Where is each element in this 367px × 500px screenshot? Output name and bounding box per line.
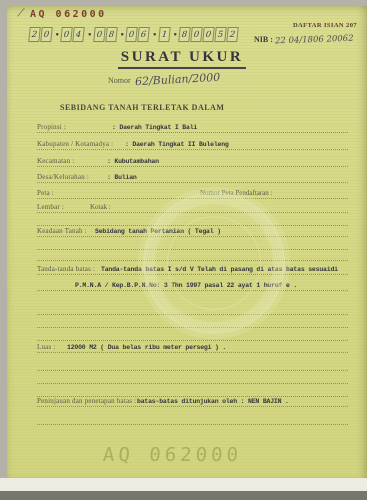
field-label: Lembar : [37,203,64,211]
field-label: Luas : [37,343,56,351]
typed-value: : Kubutambahan [107,158,159,165]
typed-value: : Daerah Tingkat II Buleleng [125,141,229,148]
serial-number: AQ 062000 [30,9,107,20]
nib-field: NIB :22 04/1806 20062 [254,29,353,47]
digit-box: 0 [40,27,53,42]
typed-value: Tanda-tanda batas I s/d V Telah di pasan… [101,266,338,273]
typed-value: 12000 M2 ( Dua belas ribu meter persegi … [67,344,226,351]
digit-box: 8 [105,27,118,42]
digit-box: 5 [215,27,228,42]
field-label: Kecamatan : [37,157,74,165]
form-row: Peninjauan dan penetapan batas :batas-ba… [37,392,348,407]
digit-box: 0 [93,27,106,42]
nomor-line: Nomor62/Bulian/2000 [7,70,321,88]
digit-separator-dot: • [152,31,156,39]
field-label: Tanda-tanda batas : [37,265,95,273]
handwritten-corner-mark: / [18,5,25,20]
digit-box: 2 [28,27,41,42]
nib-digit-boxes: 20•04•08•06•1•80052 [29,27,239,42]
digit-separator-dot: • [173,31,177,39]
daftar-isian-label: DAFTAR ISIAN 207 [293,22,357,29]
digit-box: 2 [227,27,240,42]
typed-value: Sebidang tanah Pertanian ( Tegal ) [95,228,221,235]
section-heading: SEBIDANG TANAH TERLETAK DALAM [60,103,224,112]
digit-box: 4 [73,27,86,42]
digit-separator-dot: • [55,31,59,39]
nib-label: NIB : [254,35,273,44]
dotted-line: P.M.N.A / Kep.B.P.N.No: 3 Thn 1997 pasal… [37,276,348,291]
form-row: Tanda-tanda batas :Tanda-tanda batas I s… [37,260,348,275]
digit-separator-dot: • [120,31,124,39]
nomor-handwritten-value: 62/Bulian/2000 [134,71,220,88]
field-label: Keadaan Tanah : [37,227,87,235]
field-label: Propinsi : [37,123,66,131]
document-title: SURAT UKUR [118,49,246,69]
field-label: Kabupaten / Kotamadya : [37,140,113,148]
title-block: SURAT UKUR [7,48,357,69]
form-row: Peta :Nomor Peta Pendaftaran : [37,184,348,199]
scan-bottom-edge [0,491,367,500]
typed-value: : Daerah Tingkat I Bali [112,124,197,131]
form-row: Kabupaten / Kotamadya :: Daerah Tingkat … [37,135,348,150]
dotted-line [37,410,348,425]
printed-label: Kotak : [90,203,111,211]
form-row: Propinsi :: Daerah Tingkat I Bali [37,118,348,133]
digit-box: 0 [203,27,216,42]
scanned-document: / AQ 062000 DAFTAR ISIAN 207 20•04•08•06… [0,0,367,500]
digit-box: 1 [158,27,171,42]
typed-value: P.M.N.A / Kep.B.P.N.No: 3 Thn 1997 pasal… [75,282,297,289]
digit-box: 8 [179,27,192,42]
field-label: Peta : [37,189,54,197]
paper: / AQ 062000 DAFTAR ISIAN 207 20•04•08•06… [7,6,367,478]
printed-label: Nomor Peta Pendaftaran : [200,189,273,197]
form-row: Desa/Kelurahan :: Bulian [37,168,348,183]
digit-box: 6 [138,27,151,42]
field-label: Peninjauan dan penetapan batas : [37,397,136,405]
field-label: Desa/Kelurahan : [37,173,89,181]
digit-box: 0 [191,27,204,42]
nomor-label: Nomor [108,76,131,85]
perforation-serial: AQ 062000 [102,444,242,466]
typed-value: : Bulian [107,174,137,181]
form-row: Kecamatan :: Kubutambahan [37,152,348,167]
typed-value: batas-batas ditunjukan oleh : NEN BAJIN … [137,398,289,405]
form-row: Luas :12000 M2 ( Dua belas ribu meter pe… [37,338,348,353]
dotted-line [37,246,348,261]
scan-edge-strip [0,478,367,491]
digit-separator-dot: • [87,31,91,39]
nib-handwritten-value: 22 04/1806 20062 [275,34,354,47]
